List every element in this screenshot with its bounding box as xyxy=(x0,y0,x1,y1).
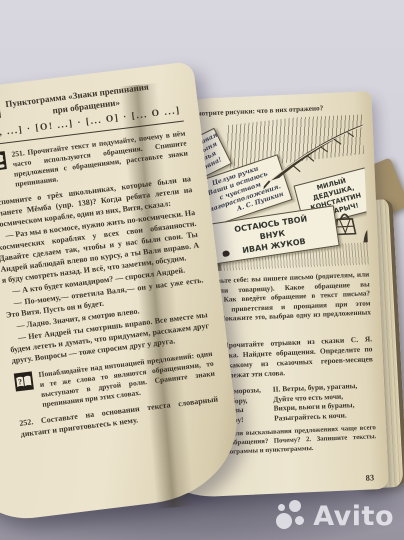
avito-circle xyxy=(276,513,292,529)
avito-circle xyxy=(295,516,304,525)
quill-pen-icon xyxy=(263,115,368,198)
dialogue-faces-icon xyxy=(0,151,7,172)
boy-figure-icon xyxy=(359,214,369,245)
question-book-icon: ? xyxy=(13,371,34,392)
verse-two: II. Ветры, бури, ураганы, Дуйте что есть… xyxy=(273,381,359,423)
avito-logo-icon xyxy=(276,500,308,532)
avito-circle xyxy=(278,504,285,511)
avito-watermark: Avito xyxy=(276,500,394,532)
book-photo-scene: Пунктограмма «Знаки препинания при обращ… xyxy=(0,0,404,540)
avito-circle xyxy=(289,500,301,512)
avito-wordmark: Avito xyxy=(313,501,394,532)
right-page-number: 83 xyxy=(365,472,374,482)
arrow-box-icon xyxy=(0,99,1,120)
